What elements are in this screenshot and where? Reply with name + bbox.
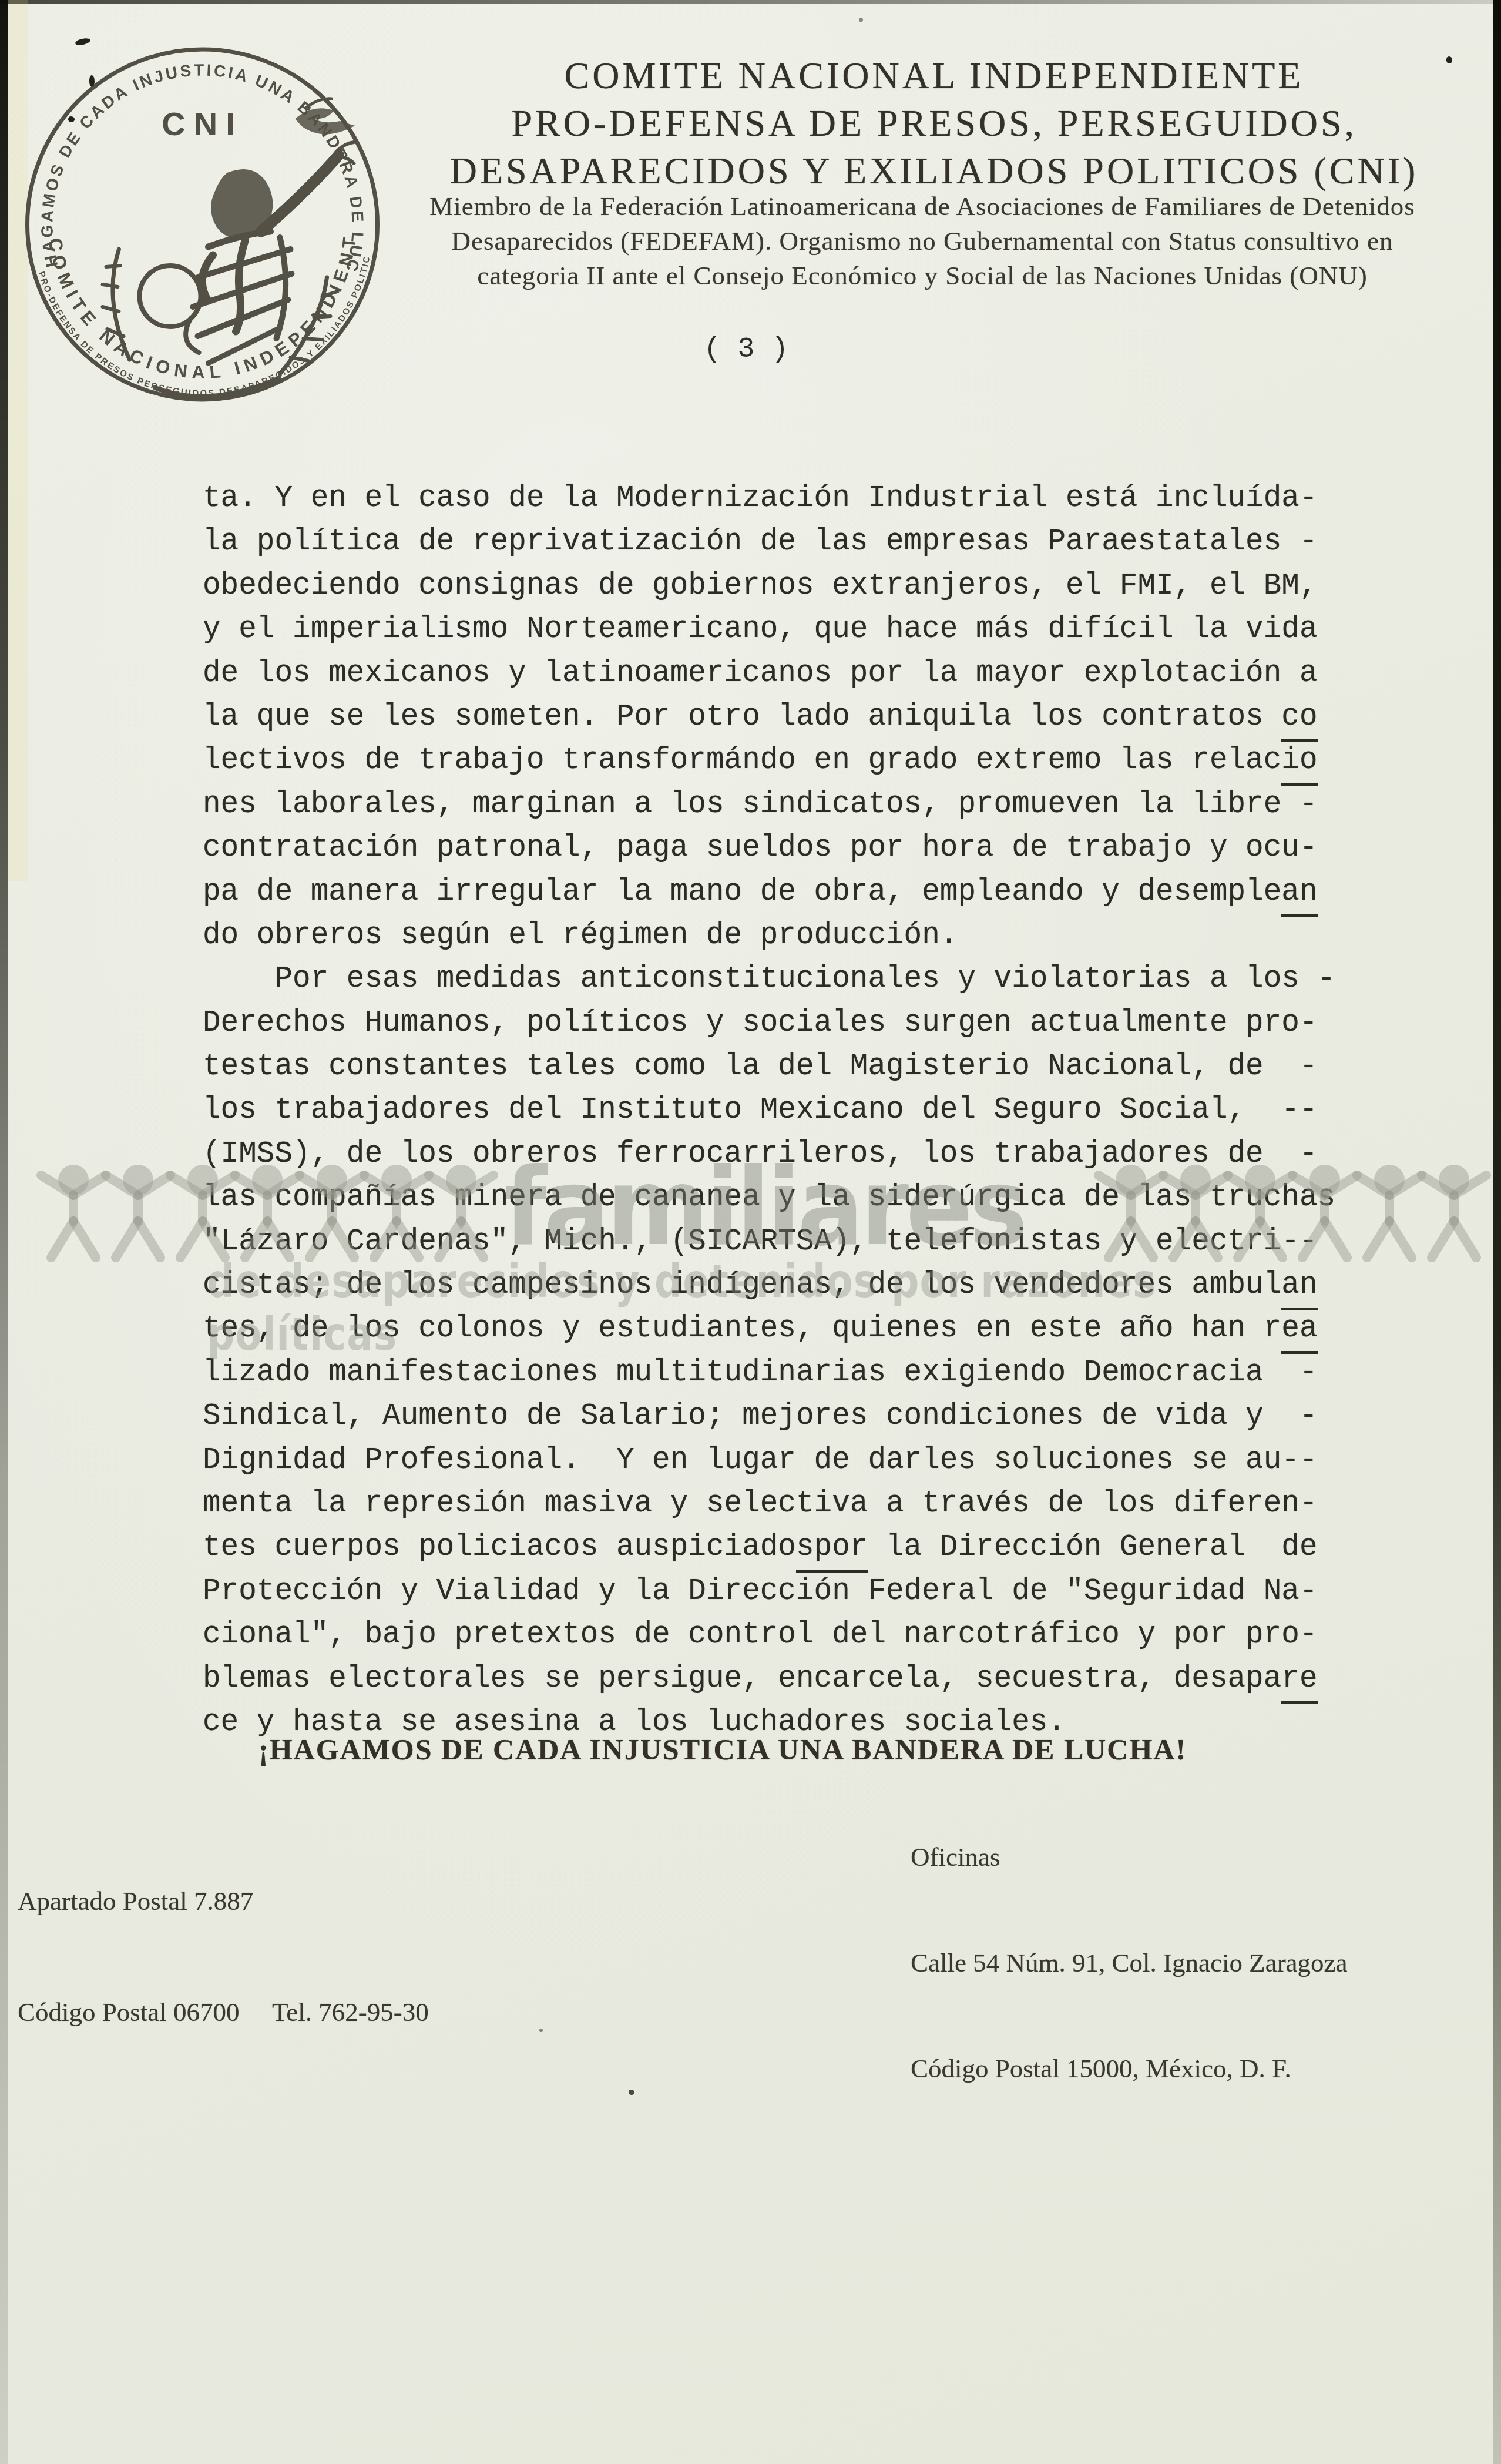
org-title-line: COMITE NACIONAL INDEPENDIENTE — [382, 52, 1486, 99]
seal-acronym: CNI — [162, 105, 243, 142]
body-line: testas constantes tales como la del Magi… — [203, 1045, 1378, 1089]
footer-street: Calle 54 Núm. 91, Col. Ignacio Zaragoza — [911, 1945, 1348, 1980]
subtitle-line: Miembro de la Federación Latinoamericana… — [382, 189, 1463, 224]
subtitle-line: categoria II ante el Consejo Económico y… — [382, 259, 1463, 293]
body-line: Sindical, Aumento de Salario; mejores co… — [203, 1395, 1378, 1439]
body-line: blemas electorales se persigue, encarcel… — [203, 1658, 1378, 1701]
slogan-line: ¡HAGAMOS DE CADA INJUSTICIA UNA BANDERA … — [258, 1732, 1187, 1766]
body-line: Dignidad Profesional. Y en lugar de darl… — [203, 1439, 1378, 1483]
underlined-continuation: io — [1281, 744, 1317, 786]
underlined-continuation: co — [1281, 700, 1317, 742]
body-line: obedeciendo consignas de gobiernos extra… — [203, 565, 1378, 608]
subtitle-line: Desaparecidos (FEDEFAM). Organismo no Gu… — [382, 224, 1463, 259]
organization-seal: HAGAMOS DE CADA INJUSTICIA UNA BANDERA D… — [13, 31, 392, 418]
footer-left-address: Apartado Postal 7.887 Código Postal 0670… — [18, 1809, 429, 2105]
letterhead-subtitle: Miembro de la Federación Latinoamericana… — [382, 189, 1463, 293]
body-line: pa de manera irregular la mano de obra, … — [203, 871, 1378, 914]
body-line: cistas; de los campesinos indígenas, de … — [203, 1264, 1378, 1308]
body-line: do obreros según el régimen de producció… — [203, 914, 1378, 958]
ink-speck — [859, 18, 863, 22]
footer-po-box: Apartado Postal 7.887 — [18, 1883, 429, 1920]
body-line: Protección y Vialidad y la Dirección Fed… — [203, 1570, 1378, 1614]
letterhead-title: COMITE NACIONAL INDEPENDIENTE PRO-DEFENS… — [382, 52, 1486, 195]
underlined-continuation: an — [1281, 876, 1317, 917]
scan-edge-right — [1493, 0, 1501, 2464]
body-line: contratación patronal, paga sueldos por … — [203, 827, 1378, 870]
footer-offices-heading: Oficinas — [911, 1839, 1348, 1875]
body-line: de los mexicanos y latinoamericanos por … — [203, 652, 1378, 696]
page-number: ( 3 ) — [670, 334, 822, 366]
footer-office-address: Oficinas Calle 54 Núm. 91, Col. Ignacio … — [911, 1769, 1348, 2157]
scan-edge-left — [0, 0, 8, 2464]
underlined-continuation: re — [1281, 1662, 1317, 1704]
body-line: tes, de los colonos y estudiantes, quien… — [203, 1308, 1378, 1351]
document-page: HAGAMOS DE CADA INJUSTICIA UNA BANDERA D… — [0, 0, 1501, 2464]
ink-speck — [629, 2090, 634, 2095]
underlined-continuation: ea — [1281, 1312, 1317, 1354]
body-line: menta la represión masiva y selectiva a … — [203, 1483, 1378, 1526]
body-line: cional", bajo pretextos de control del n… — [203, 1614, 1378, 1657]
footer-postal-phone: Código Postal 06700 Tel. 762-95-30 — [18, 1994, 429, 2031]
body-line: (IMSS), de los obreros ferrocarrileros, … — [203, 1133, 1378, 1176]
underlined-continuation: an — [1281, 1269, 1317, 1310]
body-lines: ta. Y en el caso de la Modernización Ind… — [203, 477, 1378, 1745]
body-line: Por esas medidas anticonstitucionales y … — [203, 958, 1378, 1001]
body-line: las compañías minera de cananea y la sid… — [203, 1176, 1378, 1220]
body-line: nes laborales, marginan a los sindicatos… — [203, 783, 1378, 827]
body-line: los trabajadores del Instituto Mexicano … — [203, 1089, 1378, 1132]
body-line: la política de reprivatización de las em… — [203, 521, 1378, 564]
body-line: "Lázaro Cardenas", Mich., (SICARTSA), te… — [203, 1221, 1378, 1264]
body-line: lizado manifestaciones multitudinarias e… — [203, 1352, 1378, 1395]
underlined-continuation: spor — [796, 1531, 868, 1573]
ink-speck — [539, 2029, 543, 2032]
body-line: la que se les someten. Por otro lado ani… — [203, 696, 1378, 739]
body-line: Derechos Humanos, políticos y sociales s… — [203, 1002, 1378, 1045]
footer-postal-city: Código Postal 15000, México, D. F. — [911, 2051, 1348, 2086]
org-title-line: DESAPARECIDOS Y EXILIADOS POLITICOS (CNI… — [382, 147, 1486, 195]
body-line: tes cuerpos policiacos auspiciadospor la… — [203, 1526, 1378, 1570]
body-line: y el imperialismo Norteamericano, que ha… — [203, 608, 1378, 652]
seal-top-arc-text: HAGAMOS DE CADA INJUSTICIA UNA BANDERA D… — [13, 31, 367, 276]
body-line: lectivos de trabajo transformándo en gra… — [203, 739, 1378, 783]
seal-inner-arc-text: PRO-DEFENSA DE PRESOS PERSEGUIDOS DESAPA… — [13, 31, 372, 398]
body-line: ta. Y en el caso de la Modernización Ind… — [203, 477, 1378, 521]
org-title-line: PRO-DEFENSA DE PRESOS, PERSEGUIDOS, — [382, 99, 1486, 147]
scan-edge-top — [0, 0, 1501, 4]
